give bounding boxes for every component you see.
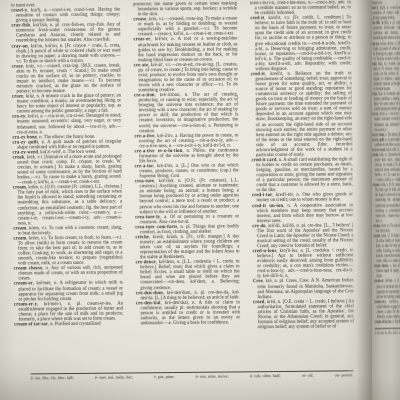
text-column-left: to hand over.crawl-y, krạ'li, a.—crawl-i… xyxy=(11,3,124,373)
key-segment: ō- not, nōte, möve; xyxy=(195,373,228,378)
headword: cream xyxy=(373,183,380,188)
dictionary-entry: cream, krēm, v.i. To form cream; to frot… xyxy=(13,235,122,266)
key-segment: ē- met, mē, mēte, hėr; xyxy=(95,374,133,379)
dictionary-entry: craze, krāz, v.t.—crazed, craz-ing. [M.E… xyxy=(12,63,121,94)
dictionary-entry: cre-a-tive, krē-ā'tiv, a. Having the pow… xyxy=(134,133,238,149)
headword: craze xyxy=(12,64,23,69)
headword: cre-a-tive xyxy=(134,134,154,139)
headword: cra-zy quilt xyxy=(12,140,38,145)
dictionary-entry: crawl-y, krạ'li, a.—crawl-i-er, crawl-i-… xyxy=(372,5,400,21)
curled-page-edge: to hand over.crawl-y, krạ'li, a.—crawl-i… xyxy=(372,0,400,400)
dictionary-entry: Cree, krē, n. pl. Crees, Cree. A N. Amer… xyxy=(253,279,354,300)
dictionary-entry: cream cheese, n. Any of various soft, ri… xyxy=(374,264,400,280)
text-column-right: kred-i-bil'i-ti, cred-i-ble-ness, n.—cre… xyxy=(250,0,355,370)
dictionary-entry: cream of tar-tar, n. Purified and crysta… xyxy=(14,321,123,327)
dictionary-entry: cre-den-tial, krē-den'shal, n. A title o… xyxy=(136,300,240,326)
headword: cre-den-dum xyxy=(136,291,163,296)
dictionary-entry: kred-i-bil'i-ti, cred-i-ble-ness, n.—cre… xyxy=(250,0,351,16)
dictionary-entry: creas-er, krē'sėr, n. A tool or a sewing… xyxy=(133,37,237,63)
headword: cray-on xyxy=(11,44,27,49)
headword: cre-a-tor xyxy=(135,164,154,169)
headword: craze xyxy=(372,62,377,67)
headword: cred-it card xyxy=(252,158,277,163)
dictionary-entry: cred-it, kred'it, n. Reliance on the tru… xyxy=(251,71,353,158)
dictionary-entry: cream-er-y, krē'mėr-i, n. pl. cream-er-i… xyxy=(374,299,400,320)
page-curl-shadow xyxy=(345,0,373,400)
headword: craze xyxy=(12,95,23,100)
headword: creed xyxy=(253,300,265,305)
headword: cray-fish xyxy=(11,24,30,29)
dictionary-entry: cray-on, krā'on, krā'on, n. [Fr. crayon … xyxy=(11,43,120,64)
dictionary-entry: craze, krāz, n. A minute crack in the gl… xyxy=(12,94,121,115)
dictionary-entry: cred-u-lous, krej'ū-lus, a. [L. credulus… xyxy=(252,248,353,279)
dictionary-entry: craze, krāz, v.t.—crazed, craz-ing. [M.E… xyxy=(372,61,400,92)
dictionary-entry: cream-er, krē'mėr, n. A refrigerator in … xyxy=(14,281,123,302)
dictionary-entry: crèche, kresh, krāsh, n. [Fr., crib, man… xyxy=(135,234,239,260)
headword: cream cheese xyxy=(374,264,388,269)
curled-strip-text: to hand over.crawl-y, krạ'li, a.—crawl-i… xyxy=(372,0,400,325)
headword: crawl-y xyxy=(372,6,378,11)
dictionary-entry: cray-on, krā'on, krā'on, n. [Fr. crayon … xyxy=(372,41,400,62)
headword: creak xyxy=(13,155,25,160)
key-segment: ā- fat, fāte, fär, fãre, fạll; xyxy=(31,375,74,380)
dictionary-entry: cre-ate, krē-āt', v.t.—cre-at-ed, cre-at… xyxy=(134,62,238,93)
headword: cra-zy quilt xyxy=(372,138,384,143)
headword: cream xyxy=(13,186,26,191)
headword: crawl-y xyxy=(11,8,27,13)
key-segment: ī- pin, pīne; xyxy=(154,374,174,379)
dictionary-entry: crease, krēs, v.t.—creased, creas-ing. T… xyxy=(133,17,237,38)
headword: crèche xyxy=(135,235,149,240)
dictionary-entry: cream, krēm, n. [O.Fr. cresme (Fr. crème… xyxy=(373,183,400,224)
headword: cre-a-tive ev-o-lu-tion xyxy=(135,149,183,154)
dictionary-entry: cra-zy quilt, n. A quilt made of patches… xyxy=(372,137,400,148)
dictionary-entry: cre-a-tive ev-o-lu-tion, n. Philos. the … xyxy=(135,148,239,164)
headword: crease xyxy=(133,17,146,22)
headword: cra-zy xyxy=(12,115,25,120)
curled-strip-key: ā- fat, fāte, fär, fãre, fạll; ē- met, xyxy=(375,327,400,335)
dictionary-entry: craze, krāz, n. A minute crack in the gl… xyxy=(372,92,400,113)
headword: cred-it xyxy=(250,16,264,21)
dictionary-entry: cred-it, kred'it, v.t. [Fr. crédit, L. c… xyxy=(250,16,352,73)
headword: cra-zy xyxy=(372,112,378,117)
dictionary-entry: crawl-y, krạ'li, a.—crawl-i-er, crawl-i-… xyxy=(11,8,120,24)
curled-strip-rotation: to hand over.crawl-y, krạ'li, a.—crawl-i… xyxy=(372,0,400,335)
headword: cre-do xyxy=(252,224,265,229)
headword: cream-er xyxy=(14,282,33,287)
headword: creas-er xyxy=(133,38,150,43)
headword: cred-i-tor xyxy=(252,193,272,198)
headword: cred-u-lous xyxy=(252,249,276,254)
headword: cre-den-tial xyxy=(136,301,161,306)
dictionary-entry: cra-zy, krā'zi, a.—cra-zi-er, cra-zi-est… xyxy=(372,112,400,133)
dictionary-entry: cream-er, krē'mėr, n. A refrigerator in … xyxy=(374,279,400,300)
headword: Cree xyxy=(253,280,263,285)
dictionary-entry: cray-fish, krā'fish, n. pl. cray-fish-es… xyxy=(372,21,400,42)
dictionary-entry: cred-i-tor, kred'i-tėr, n. One who gives… xyxy=(252,193,353,204)
curled-strip-content: to hand over.crawl-y, krạ'li, a.—crawl-i… xyxy=(372,0,400,335)
headword: cream xyxy=(13,226,26,231)
headword: crea-ture com-forts xyxy=(135,225,177,230)
headword: cream xyxy=(373,234,380,239)
page: to hand over.crawl-y, krạ'li, a.—crawl-i… xyxy=(0,0,356,400)
headword: cray-on xyxy=(372,42,379,47)
dictionary-entry: cra-zy quilt, n. A quilt made of patches… xyxy=(12,139,121,150)
dictionary-entry: cream, krēm, n. [O.Fr. cresme (Fr. crème… xyxy=(13,185,122,227)
headword: cream of tar-tar xyxy=(375,320,392,325)
headword: cream-er xyxy=(374,279,384,284)
dictionary-entry: cream, krēm, v.t. To coat with a cosmeti… xyxy=(373,223,400,234)
headword: cream xyxy=(373,224,380,229)
text-columns: to hand over.crawl-y, krạ'li, a.—crawl-i… xyxy=(11,0,355,372)
headword: cred-it xyxy=(251,72,265,77)
headword: cre-ate xyxy=(134,63,149,68)
dictionary-entry: cream, krēm, v.i. To form cream; to frot… xyxy=(373,233,400,264)
dictionary-entry: cre-dence, krē'dens, n. [L.L. credentia … xyxy=(136,260,240,291)
headword: cream cheese xyxy=(14,267,43,272)
headword: cre-dence xyxy=(136,260,156,265)
dictionary-entry: creak, krēk, v.i. [Imitative of a more a… xyxy=(372,152,400,183)
headword: cre-a-tion xyxy=(134,93,155,98)
key-segment: ū- tub, cūbe, bụll; xyxy=(250,373,281,378)
dictionary-entry: cre-a-tion, krē-ā'shon, n. The act of cr… xyxy=(134,93,238,134)
dictionary-entry: cre-den-dum, krē-den'dum, n. pl. cre-den… xyxy=(136,290,240,301)
headword: cray-fish xyxy=(372,21,380,26)
headword: cream-er-y xyxy=(14,302,37,307)
dictionary-entry: cra-zy, krā'zi, a.—cra-zi-er, cra-zi-est… xyxy=(12,114,121,135)
headword: cred-it un-ion xyxy=(252,203,283,208)
dictionary-entry: creed, krēd, n. [O.E. creda < L. credo, … xyxy=(253,299,354,330)
headword: crea-ture-ly xyxy=(135,215,160,220)
dictionary-entry: cream-er-y, krē'mėr-i, n. pl. cream-er-i… xyxy=(14,301,123,322)
key-segment: oi- oil; xyxy=(302,373,314,378)
dictionary-entry: cred-it card, n. A small card establishi… xyxy=(252,157,353,193)
headword: creak xyxy=(372,153,378,158)
headword: cream-er-y xyxy=(374,300,386,305)
headword: crea-ture xyxy=(135,179,154,184)
dictionary-entry: cre-do, krē'dō, krā'dō, n. pl. cre-dos. … xyxy=(252,223,353,249)
headword: craze xyxy=(372,92,377,97)
dictionary-entry: crea-ture, krē'chėr, n. [O.Fr. (Fr. créa… xyxy=(135,179,239,215)
headword: cream xyxy=(13,236,26,241)
dictionary-entry: cred-it un-ion, n. A cooperative associa… xyxy=(252,203,353,224)
dictionary-entry: cre-a-tor, krē-ā'tėr, n. [L.] One who or… xyxy=(135,163,239,179)
dictionary-entry: produced; the name given to certain line… xyxy=(133,1,237,17)
dictionary-entry: cream cheese, n. Any of various soft, ri… xyxy=(14,266,123,282)
headword: cream of tar-tar xyxy=(14,322,48,327)
dictionary-entry: cream of tar-tar, n. Purified and crysta… xyxy=(375,319,400,325)
text-column-middle: produced; the name given to certain line… xyxy=(133,1,241,371)
dictionary-page-photo: to hand over.crawl-y, krạ'li, a.—crawl-i… xyxy=(0,0,400,400)
dictionary-entry: creak, krēk, v.i. [Imitative of a more a… xyxy=(13,154,122,185)
dictionary-entry: cray-fish, krā'fish, n. pl. cray-fish-es… xyxy=(11,23,120,44)
